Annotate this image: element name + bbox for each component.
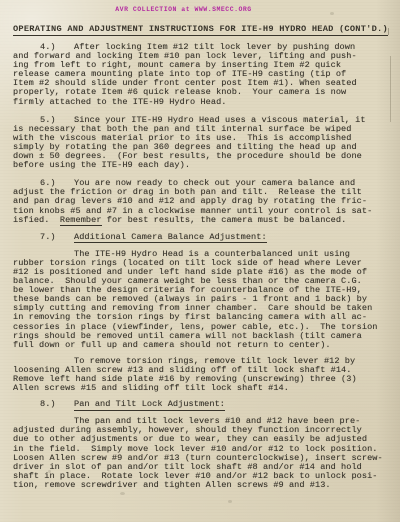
section-heading: Additional Camera Balance Adjustment: [74,232,267,244]
document-title: OPERATING AND ADJUSTMENT INSTRUCTIONS FO… [13,24,390,34]
text-line: isfied. Remember for best results, the c… [13,216,390,225]
scan-speckle [48,470,51,473]
text-line: 7.)Additional Camera Balance Adjustment: [13,233,390,242]
scan-speckle [330,12,334,15]
text-line: Allen screws #15 and sliding off tilt lo… [13,384,390,393]
text-line: before using the ITE-H9 each day). [13,161,390,170]
text-line: full down or full up and camera should n… [13,341,390,350]
scan-speckle [120,492,125,495]
section-8-heading-row: 8.)Pan and Tilt Lock Adjustment: [13,400,390,409]
scanned-page: AVR COLLECTION at WWW.SMECC.ORG OPERATIN… [0,0,400,522]
item-number: 7.) [40,233,74,242]
text-line: firmly attached to the ITE-H9 Hydro Head… [13,98,390,107]
collection-watermark: AVR COLLECTION at WWW.SMECC.ORG [0,6,372,15]
text-line: tion, remove screwdriver and tighten All… [13,481,390,490]
scan-mark-artifact [388,28,389,35]
text-line: 8.)Pan and Tilt Lock Adjustment: [13,400,390,409]
paragraph-7a: The ITE-H9 Hydro Head is a counterbalanc… [13,250,390,350]
item-number: 8.) [40,400,74,409]
paragraph-6: 6.)You are now ready to check out your c… [13,179,390,224]
text-run: isfied. [13,215,60,225]
scan-speckle [228,500,232,503]
section-heading: Pan and Tilt Lock Adjustment: [74,399,225,411]
text-run: for best results, the camera must be bal… [102,215,347,225]
paragraph-5: 5.)Since your ITE-H9 Hydro Head uses a v… [13,116,390,171]
paragraph-8: The pan and tilt lock levers #10 and #12… [13,417,390,490]
document-title-text: OPERATING AND ADJUSTMENT INSTRUCTIONS FO… [13,24,388,36]
paragraph-4: 4.)After locking Item #12 tilt lock leve… [13,43,390,107]
section-7-heading-row: 7.)Additional Camera Balance Adjustment: [13,233,390,242]
paragraph-7b: To remove torsion rings, remove tilt loc… [13,357,390,393]
underlined-word: Remember [60,215,102,227]
scan-crease-artifact [390,56,391,122]
